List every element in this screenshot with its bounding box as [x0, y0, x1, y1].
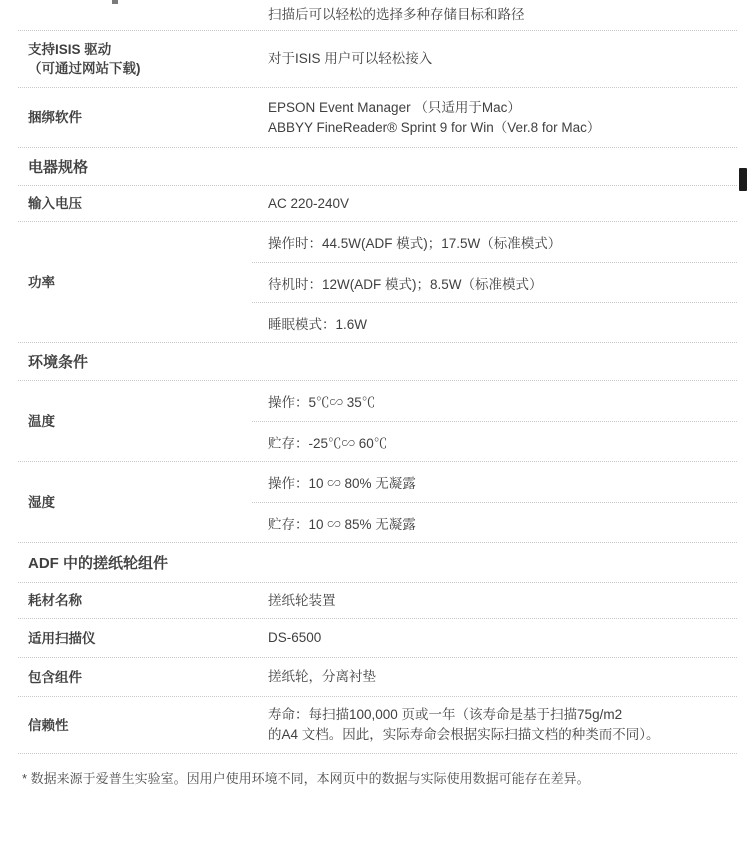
spec-row: 温度 操作：5℃∽ 35℃ 贮存：-25℃∽ 60℃: [18, 380, 737, 461]
spec-value-line: ABBYY FineReader® Sprint 9 for Win（Ver.8…: [268, 118, 737, 138]
spec-row: 支持ISIS 驱动 （可通过网站下载) 对于ISIS 用户可以轻松接入: [18, 30, 737, 87]
spec-label: 输入电压: [18, 194, 252, 213]
footnote: * 数据来源于爱普生实验室。因用户使用环境不同，本网页中的数据与实际使用数据可能…: [18, 770, 737, 788]
spec-label: 耗材名称: [18, 591, 252, 610]
spec-row: 耗材名称 搓纸轮装置: [18, 582, 737, 618]
spec-label: 包含组件: [18, 668, 252, 687]
spec-value: AC 220-240V: [252, 194, 737, 214]
section-title: 环境条件: [18, 351, 88, 372]
section-title: ADF 中的搓纸轮组件: [18, 552, 168, 573]
spec-label-line: 支持ISIS 驱动: [28, 40, 252, 59]
spec-subcolumn: 操作：5℃∽ 35℃ 贮存：-25℃∽ 60℃: [252, 381, 737, 461]
spec-label: 支持ISIS 驱动 （可通过网站下载): [18, 40, 252, 78]
spec-label-line: （可通过网站下载): [28, 59, 252, 78]
spec-row: 扫描后可以轻松的选择多种存储目标和路径: [18, 0, 737, 30]
scrollbar-thumb[interactable]: [739, 168, 747, 191]
spec-subvalue: 待机时：12W(ADF 模式)；8.5W（标准模式）: [252, 262, 737, 302]
spec-value: 扫描后可以轻松的选择多种存储目标和路径: [252, 5, 737, 25]
spec-value: 搓纸轮，分离衬垫: [252, 667, 737, 687]
spec-value-line: EPSON Event Manager （只适用于Mac）: [268, 98, 737, 118]
spec-subvalue: 贮存：10 ∽ 85% 无凝露: [252, 502, 737, 542]
section-row: 电器规格: [18, 147, 737, 185]
spec-value-line: 寿命：每扫描100,000 页或一年（该寿命是基于扫描75g/m2: [268, 705, 737, 725]
spec-label: 功率: [18, 273, 252, 292]
spec-subvalue: 睡眠模式：1.6W: [252, 302, 737, 342]
spec-subcolumn: 操作：10 ∽ 80% 无凝露 贮存：10 ∽ 85% 无凝露: [252, 462, 737, 542]
spec-label: 适用扫描仪: [18, 629, 252, 648]
spec-row: 包含组件 搓纸轮，分离衬垫: [18, 657, 737, 696]
spec-row: 功率 操作时：44.5W(ADF 模式)；17.5W（标准模式） 待机时：12W…: [18, 221, 737, 342]
spec-subvalue: 操作：10 ∽ 80% 无凝露: [252, 462, 737, 502]
spec-label: 信赖性: [18, 716, 252, 735]
spec-label: 湿度: [18, 493, 252, 512]
spec-value: EPSON Event Manager （只适用于Mac） ABBYY Fine…: [252, 98, 737, 138]
spec-label: 捆绑软件: [18, 108, 252, 127]
spec-subvalue: 操作：5℃∽ 35℃: [252, 381, 737, 421]
spec-row: 湿度 操作：10 ∽ 80% 无凝露 贮存：10 ∽ 85% 无凝露: [18, 461, 737, 542]
section-title: 电器规格: [18, 156, 88, 177]
section-row: ADF 中的搓纸轮组件: [18, 542, 737, 582]
spec-value: 搓纸轮装置: [252, 591, 737, 611]
spec-row: 输入电压 AC 220-240V: [18, 185, 737, 221]
spec-value: DS-6500: [252, 628, 737, 648]
spec-row: 信赖性 寿命：每扫描100,000 页或一年（该寿命是基于扫描75g/m2 的A…: [18, 696, 737, 753]
spec-value: 对于ISIS 用户可以轻松接入: [252, 49, 737, 69]
spec-subvalue: 贮存：-25℃∽ 60℃: [252, 421, 737, 461]
spec-value-line: 的A4 文档。因此，实际寿命会根据实际扫描文档的种类而不同）。: [268, 725, 737, 745]
spec-value: 寿命：每扫描100,000 页或一年（该寿命是基于扫描75g/m2 的A4 文档…: [252, 705, 737, 745]
spec-subvalue: 操作时：44.5W(ADF 模式)；17.5W（标准模式）: [252, 222, 737, 262]
section-row: 环境条件: [18, 342, 737, 380]
spec-table: 扫描后可以轻松的选择多种存储目标和路径 支持ISIS 驱动 （可通过网站下载) …: [18, 0, 737, 754]
spec-row: 捆绑软件 EPSON Event Manager （只适用于Mac） ABBYY…: [18, 87, 737, 147]
spec-label: 温度: [18, 412, 252, 431]
spec-subcolumn: 操作时：44.5W(ADF 模式)；17.5W（标准模式） 待机时：12W(AD…: [252, 222, 737, 342]
cropped-text-artifact: [112, 0, 118, 4]
spec-row: 适用扫描仪 DS-6500: [18, 618, 737, 657]
